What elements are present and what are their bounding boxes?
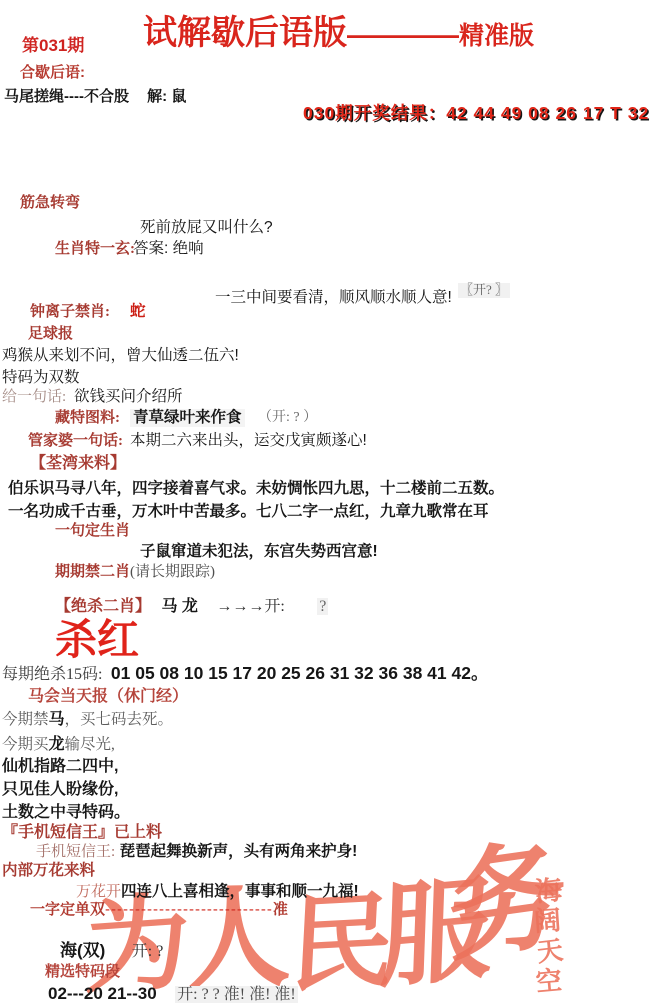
soccer-line-1: 鸡猴从来划不问，曾大仙透二伍六!	[2, 347, 239, 365]
odd-even-dashes: ----------------------------	[105, 901, 273, 918]
page-title-dashes: ————	[347, 19, 459, 51]
hai-double-label: 海(双)	[60, 941, 105, 960]
hai-double-open: 开: ?	[132, 943, 164, 960]
hai-double-row: 海(双) 开: ?	[60, 941, 163, 961]
issue-number: 第031期	[22, 36, 84, 56]
ban-two-zodiac-label: 期期禁二肖	[55, 564, 130, 580]
one-sentence-zodiac-text: 子鼠窜道未犯法，东宫失势西宫意!	[140, 543, 378, 561]
sentence-label: 给一句话:	[2, 389, 66, 406]
hint-open-box: 〖开? 〗	[458, 283, 510, 298]
previous-draw-result: 030期开奖结果：42 44 49 08 26 17 T 32	[303, 103, 649, 123]
special-segment-open: 开: ? ? 准! 准! 准!	[175, 986, 298, 1003]
riddle-line: 马尾搓绳----不合股 解: 鼠	[4, 88, 186, 105]
wanhua-text: 四连八上喜相逢，事事和顺一九福!	[121, 883, 359, 900]
watermark-char-min: 民	[287, 888, 396, 998]
ban-horse-animal: 马	[49, 711, 65, 728]
buy-dragon-prefix: 今期买	[2, 736, 49, 753]
hidden-tip-text: 青草绿叶来作食	[130, 409, 245, 427]
ban-horse-line: 今期禁马，买七码去死。	[2, 711, 173, 729]
wanhua-row: 万花开四连八上喜相逢，事事和顺一九福!	[76, 883, 359, 901]
wanhua-label: 万花开	[76, 884, 121, 900]
ban-horse-prefix: 今期禁	[2, 711, 49, 728]
mahui-daily-label: 马会当天报（休门经）	[28, 688, 188, 706]
odd-even-result: 准	[273, 901, 288, 918]
quanwan-line-1: 伯乐识马寻八年，四字接着喜气求。未妨惆怅四九思，十二楼前二五数。	[8, 480, 504, 498]
kill-two-zodiac-arrow: →→→开:	[216, 598, 284, 615]
hint-line: 一三中间要看清，顺风顺水顺人意!	[215, 289, 452, 307]
ban-two-zodiac-note: (请长期跟踪)	[130, 564, 215, 580]
wanhua-header: 内部万花来料	[2, 862, 95, 880]
buy-dragon-suffix: 输尽光,	[65, 736, 115, 753]
kill-two-zodiac-label: 【绝杀二肖】	[55, 598, 151, 615]
ban-two-zodiac-row: 期期禁二肖(请长期跟踪)	[55, 563, 215, 581]
odd-even-label: 一字定单双	[30, 901, 105, 918]
one-sentence-zodiac-label: 一句定生肖	[55, 523, 130, 540]
subtitle-label: 合歇后语:	[20, 64, 85, 81]
teaser-question: 死前放屁又叫什么?	[140, 219, 273, 237]
teaser-answer: 答案: 绝响	[133, 240, 204, 258]
watermark-side-hai: 海	[534, 877, 564, 907]
watermark-char-fu: 服	[378, 873, 494, 996]
quanwan-line-2: 一名功成千古垂，万木叶中苦最多。七八二字一点红，九章九歌常在耳	[8, 503, 489, 521]
buy-dragon-animal: 龙	[49, 736, 65, 753]
watermark-char-wu: 务	[449, 833, 566, 969]
poem-line-1: 仙机指路二四中,	[2, 758, 118, 776]
watermark-side-tian: 天	[536, 938, 565, 967]
zhongli-ban-value: 蛇	[130, 303, 146, 321]
kill-two-zodiac-value: 马 龙	[161, 598, 197, 615]
kill-15-row: 每期绝杀15码: 01 05 08 10 15 17 20 25 26 31 3…	[2, 663, 488, 684]
sms-king-header: 『手机短信王』已上料	[2, 824, 162, 842]
quanwan-label: 【荃湾来料】	[30, 455, 126, 473]
odd-even-row: 一字定单双----------------------------准	[30, 901, 288, 918]
guanjiapo-text: 本期二六来出头，运交戊寅颇遂心!	[130, 432, 367, 450]
page-title-main: 试解歇后语版	[143, 14, 347, 53]
poem-line-2: 只见佳人盼缘份,	[2, 781, 118, 799]
ban-horse-suffix: ，买七码去死。	[65, 711, 174, 728]
hidden-tip-open: （开: ? ）	[258, 410, 317, 426]
kill-red-headline: 杀红	[55, 616, 139, 664]
page-title-suffix: 精准版	[459, 22, 534, 51]
hidden-tip-label: 藏特图料:	[55, 410, 120, 427]
watermark-side-kuo: 阔	[533, 907, 562, 936]
kill-two-zodiac-row: 【绝杀二肖】 马 龙 →→→开: ?	[55, 598, 328, 616]
teaser-answer-label: 生肖特一玄:	[55, 241, 135, 258]
special-segment-row: 02---20 21--30 开: ? ? 准! 准! 准!	[48, 984, 298, 1004]
zhongli-ban-label: 钟离子禁肖:	[30, 304, 110, 321]
kill-15-label: 每期绝杀15码:	[2, 666, 102, 683]
tip-sheet-page: 为 人 民 服 务 海 阔 天 空 试解歇后语版————精准版 第031期 合歇…	[0, 0, 668, 1008]
soccer-report-label: 足球报	[28, 326, 73, 343]
sms-king-text: 琵琶起舞换新声，头有两角来护身!	[120, 843, 358, 860]
soccer-line-2: 特码为双数	[2, 369, 80, 387]
kill-two-zodiac-open: ?	[317, 598, 328, 615]
page-title: 试解歇后语版————精准版	[143, 14, 534, 53]
riddle-solution: 解: 鼠	[147, 88, 186, 105]
guanjiapo-label: 管家婆一句话:	[28, 433, 123, 450]
teaser-label: 筋急转弯	[20, 195, 80, 212]
sms-king-label: 手机短信王:	[36, 844, 115, 860]
sentence-text: 欲钱买问介绍所	[74, 388, 183, 406]
poem-line-3: 土数之中寻特码。	[2, 804, 130, 822]
buy-dragon-line: 今期买龙输尽光,	[2, 736, 115, 754]
special-segment-label: 精选特码段	[45, 963, 120, 980]
riddle-text: 马尾搓绳----不合股	[4, 88, 129, 105]
special-segment-range: 02---20 21--30	[48, 984, 157, 1003]
kill-15-numbers: 01 05 08 10 15 17 20 25 26 31 32 36 38 4…	[111, 663, 489, 683]
sms-king-row: 手机短信王: 琵琶起舞换新声，头有两角来护身!	[36, 843, 357, 861]
watermark-side-kong: 空	[535, 968, 563, 996]
